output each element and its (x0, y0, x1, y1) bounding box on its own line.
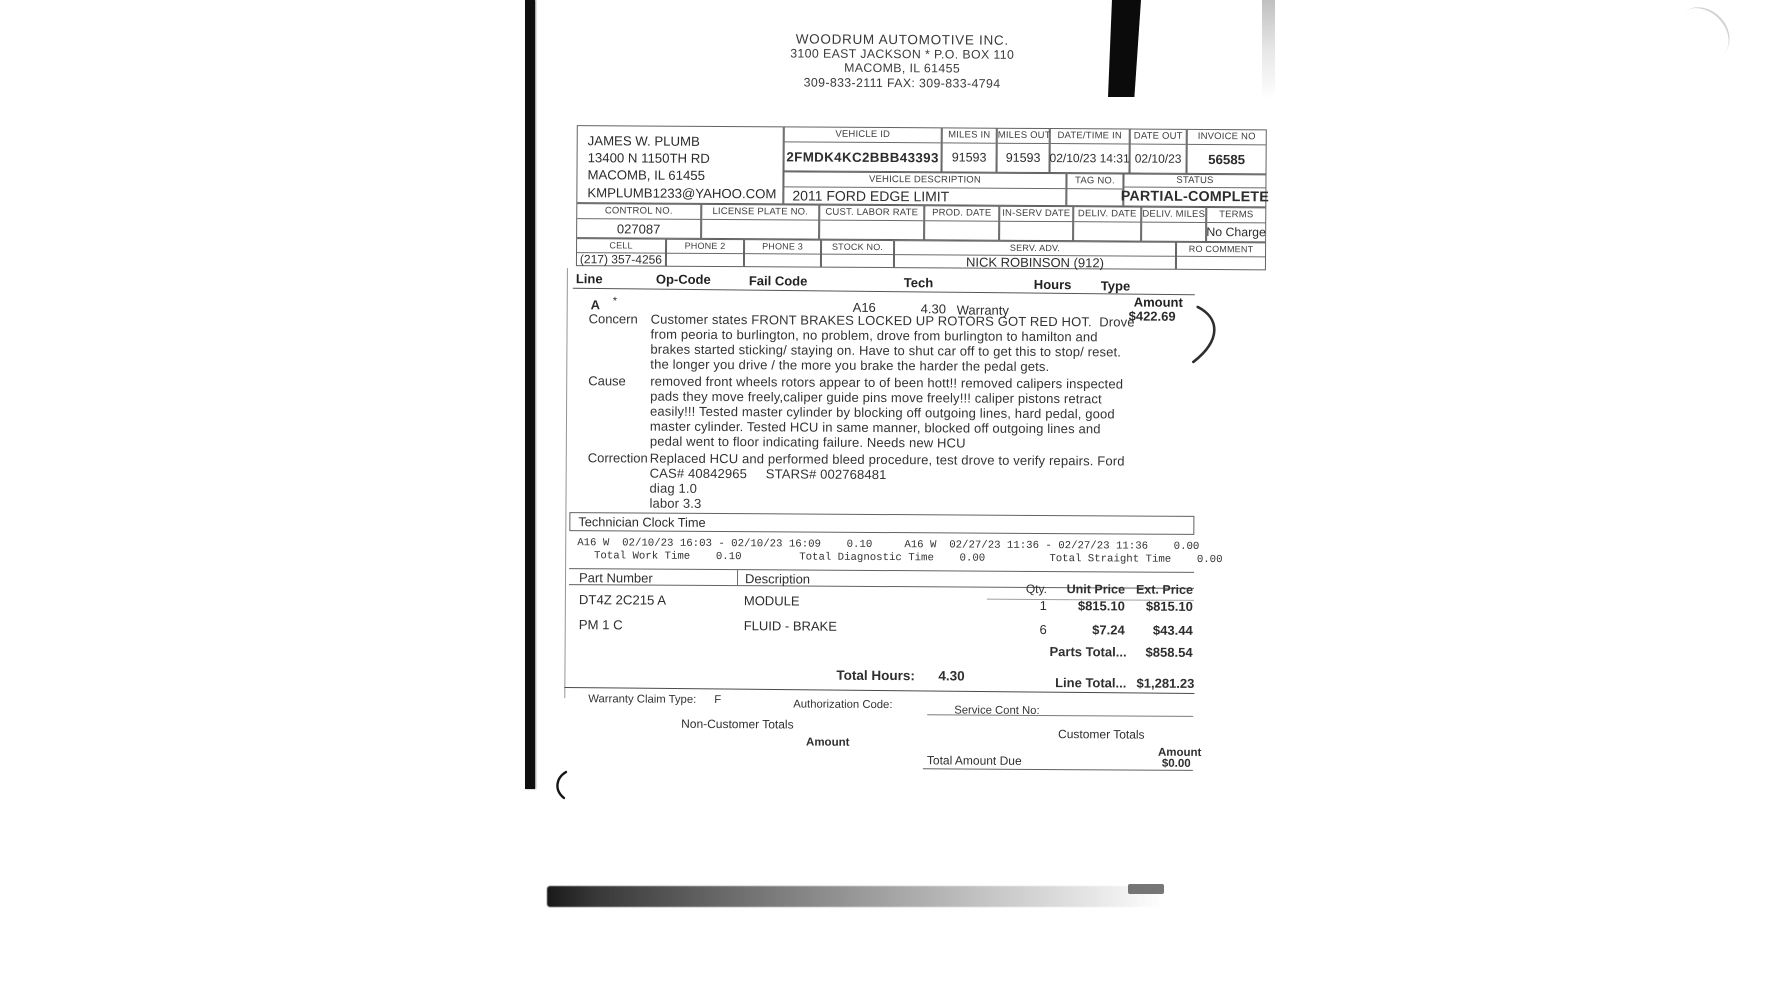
clock-row-2: Total Work Time 0.10 Total Diagnostic Ti… (581, 550, 1222, 566)
ro-comment-label: RO COMMENT (1177, 243, 1265, 258)
control-no-label: CONTROL NO. (577, 204, 700, 220)
terms-cell: TERMS No Charge (1206, 207, 1266, 242)
pen-mark (1185, 302, 1231, 368)
part-ext-price-value: $43.44 (1119, 622, 1193, 637)
phone3-cell: PHONE 3 (744, 239, 821, 267)
serv-adv-cell: SERV. ADV. NICK ROBINSON (912) (894, 240, 1176, 270)
line-col-header: Line (576, 271, 603, 286)
amount-col-header: Amount (1134, 295, 1183, 310)
stock-no-value (822, 255, 893, 266)
amount-left-label: Amount (806, 737, 850, 749)
labor-narrative: Concern Customer states FRONT BRAKES LOC… (587, 311, 1148, 515)
vehicle-description-value: 2011 FORD EDGE LIMIT (784, 187, 1065, 205)
authorization-code-label: Authorization Code: (793, 698, 892, 711)
phone3-label: PHONE 3 (745, 240, 820, 254)
invoice-no-label: INVOICE NO (1188, 130, 1266, 145)
customer-city: MACOMB, IL 61455 (587, 167, 782, 185)
license-plate-cell: LICENSE PLATE NO. (701, 204, 819, 240)
cust-labor-rate-cell: CUST. LABOR RATE (819, 205, 924, 241)
total-amount-due-value: $0.00 (1162, 758, 1191, 770)
vehicle-id-value: 2FMDK4KC2BBB43393 (785, 142, 941, 171)
parts-total-value: $858.54 (1119, 644, 1193, 659)
parts-total-label: Parts Total... (999, 644, 1127, 660)
part-number-col-header: Part Number (579, 570, 653, 585)
letterhead: WOODRUM AUTOMOTIVE INC. 3100 EAST JACKSO… (642, 31, 1162, 92)
invoice-no-value: 56585 (1188, 145, 1266, 173)
correction-row: Correction Replaced HCU and performed bl… (587, 450, 1147, 513)
date-time-in-value: 02/10/23 14:31 (1051, 144, 1129, 172)
customer-address: 13400 N 1150TH RD (588, 149, 783, 167)
vehicle-description-cell: VEHICLE DESCRIPTION 2011 FORD EDGE LIMIT (783, 171, 1066, 206)
total-amount-due-rule (923, 768, 1193, 771)
scanned-invoice-page: WOODRUM AUTOMOTIVE INC. 3100 EAST JACKSO… (0, 0, 1778, 1000)
part-unit-price-value: $815.10 (1039, 598, 1125, 614)
cell-phone-value: (217) 357-4256 (577, 253, 665, 266)
concern-row: Concern Customer states FRONT BRAKES LOC… (588, 311, 1148, 374)
correction-text: Replaced HCU and performed bleed procedu… (649, 451, 1124, 514)
status-value: PARTIAL-COMPLETE (1124, 187, 1265, 206)
correction-label: Correction (587, 450, 649, 510)
deliv-miles-value (1142, 223, 1205, 241)
miles-out-label: MILES OUT (998, 129, 1049, 144)
type-col-header: Type (1101, 278, 1130, 293)
status-cell: STATUS PARTIAL-COMPLETE (1123, 173, 1266, 207)
concern-text: Customer states FRONT BRAKES LOCKED UP R… (650, 312, 1134, 375)
total-amount-due-label: Total Amount Due (927, 753, 1022, 768)
phone2-label: PHONE 2 (667, 240, 743, 254)
cust-labor-rate-label: CUST. LABOR RATE (820, 206, 923, 222)
miles-in-cell: MILES IN 91593 (942, 127, 997, 172)
customer-email: KMPLUMB1233@YAHOO.COM (587, 184, 782, 202)
vehicle-id-cell: VEHICLE ID 2FMDK4KC2BBB43393 (784, 126, 942, 172)
cell-phone-cell: CELL (217) 357-4256 (576, 238, 666, 267)
prod-date-cell: PROD. DATE (924, 205, 999, 240)
company-phone-fax: 309-833-2111 FAX: 309-833-4794 (642, 74, 1162, 91)
deliv-miles-cell: DELIV. MILES (1141, 207, 1206, 242)
miles-in-label: MILES IN (943, 128, 996, 143)
tech-col-header: Tech (904, 275, 933, 290)
serv-adv-value: NICK ROBINSON (912) (895, 255, 1175, 269)
prod-date-label: PROD. DATE (925, 206, 998, 221)
deliv-miles-label: DELIV. MILES (1142, 208, 1205, 223)
deliv-date-value (1074, 222, 1140, 240)
cause-text: removed front wheels rotors appear to of… (650, 374, 1123, 452)
part-number-value: DT4Z 2C215 A (579, 592, 666, 608)
fail-code-col-header: Fail Code (749, 273, 808, 288)
date-time-in-cell: DATE/TIME IN 02/10/23 14:31 (1050, 128, 1130, 173)
ext-price-col-header: Ext. Price (1119, 582, 1193, 596)
unit-price-col-header: Unit Price (1039, 582, 1125, 597)
license-plate-label: LICENSE PLATE NO. (702, 205, 818, 221)
prod-date-value (925, 221, 998, 239)
labor-line-flag: * (613, 295, 617, 307)
miles-in-value: 91593 (943, 143, 996, 171)
in-serv-date-cell: IN-SERV DATE (999, 206, 1073, 241)
part-number-value: PM 1 C (579, 617, 623, 632)
in-serv-date-value (1000, 222, 1072, 240)
stock-no-cell: STOCK NO. (821, 240, 894, 268)
deliv-date-cell: DELIV. DATE (1073, 206, 1141, 241)
customer-info-cell: JAMES W. PLUMB 13400 N 1150TH RD MACOMB,… (576, 125, 783, 204)
phone2-cell: PHONE 2 (666, 239, 744, 267)
cause-row: Cause removed front wheels rotors appear… (588, 373, 1148, 451)
phone3-value (745, 254, 820, 265)
miles-out-value: 91593 (998, 144, 1049, 172)
warranty-claim-label: Warranty Claim Type: (588, 693, 696, 706)
license-plate-value (702, 220, 818, 239)
op-code-col-header: Op-Code (656, 272, 711, 287)
miles-out-cell: MILES OUT 91593 (997, 128, 1050, 173)
part-description-value: FLUID - BRAKE (744, 618, 837, 634)
invoice-no-cell: INVOICE NO 56585 (1187, 129, 1267, 174)
part-unit-price-value: $7.24 (1039, 622, 1125, 638)
clock-time-band: Technician Clock Time (569, 512, 1194, 535)
terms-label: TERMS (1207, 208, 1265, 223)
hours-col-header: Hours (1034, 277, 1072, 292)
date-time-in-label: DATE/TIME IN (1051, 129, 1129, 144)
cause-label: Cause (588, 373, 650, 448)
concern-label: Concern (588, 311, 650, 371)
stock-no-label: STOCK NO. (822, 241, 893, 255)
non-customer-totals-label: Non-Customer Totals (681, 717, 794, 732)
labor-line-id: A (591, 297, 600, 312)
total-hours-label: Total Hours: (836, 668, 915, 683)
description-col-header: Description (745, 571, 810, 586)
customer-name: JAMES W. PLUMB (588, 132, 783, 150)
control-no-cell: CONTROL NO. 027087 (576, 203, 701, 239)
part-ext-price-value: $815.10 (1119, 598, 1193, 613)
customer-totals-label: Customer Totals (1058, 727, 1145, 742)
status-label: STATUS (1124, 174, 1265, 188)
tag-no-cell: TAG NO. (1066, 173, 1123, 206)
tag-no-label: TAG NO. (1067, 174, 1122, 189)
vehicle-id-label: VEHICLE ID (785, 127, 941, 143)
terms-value: No Charge (1207, 223, 1265, 241)
part-description-value: MODULE (744, 593, 800, 608)
header-form: JAMES W. PLUMB 13400 N 1150TH RD MACOMB,… (576, 125, 1267, 270)
phone2-value (667, 254, 743, 265)
vehicle-description-label: VEHICLE DESCRIPTION (784, 172, 1065, 189)
labor-left-margin-line (564, 268, 568, 698)
date-out-value: 02/10/23 (1131, 145, 1186, 173)
tag-no-value (1067, 189, 1122, 205)
total-hours-value: 4.30 (938, 668, 964, 683)
parts-band-divider (737, 570, 738, 585)
clock-time-title: Technician Clock Time (570, 513, 1193, 534)
parts-row: PM 1 C FLUID - BRAKE 6 $7.24 $43.44 (3, 0, 1778, 5)
date-out-cell: DATE OUT 02/10/23 (1130, 129, 1187, 174)
parts-row: DT4Z 2C215 A MODULE 1 $815.10 $815.10 (3, 0, 1778, 5)
cust-labor-rate-value (820, 221, 923, 240)
date-out-label: DATE OUT (1131, 130, 1186, 145)
warranty-claim-value: F (714, 694, 721, 706)
control-no-value: 027087 (577, 219, 700, 238)
document-content: WOODRUM AUTOMOTIVE INC. 3100 EAST JACKSO… (0, 0, 1778, 1000)
ro-comment-value (1177, 257, 1265, 269)
ro-comment-cell: RO COMMENT (1176, 242, 1266, 271)
line-total-value: $1,281.23 (1106, 675, 1194, 691)
in-serv-date-label: IN-SERV DATE (1000, 207, 1072, 222)
deliv-date-label: DELIV. DATE (1074, 207, 1140, 222)
